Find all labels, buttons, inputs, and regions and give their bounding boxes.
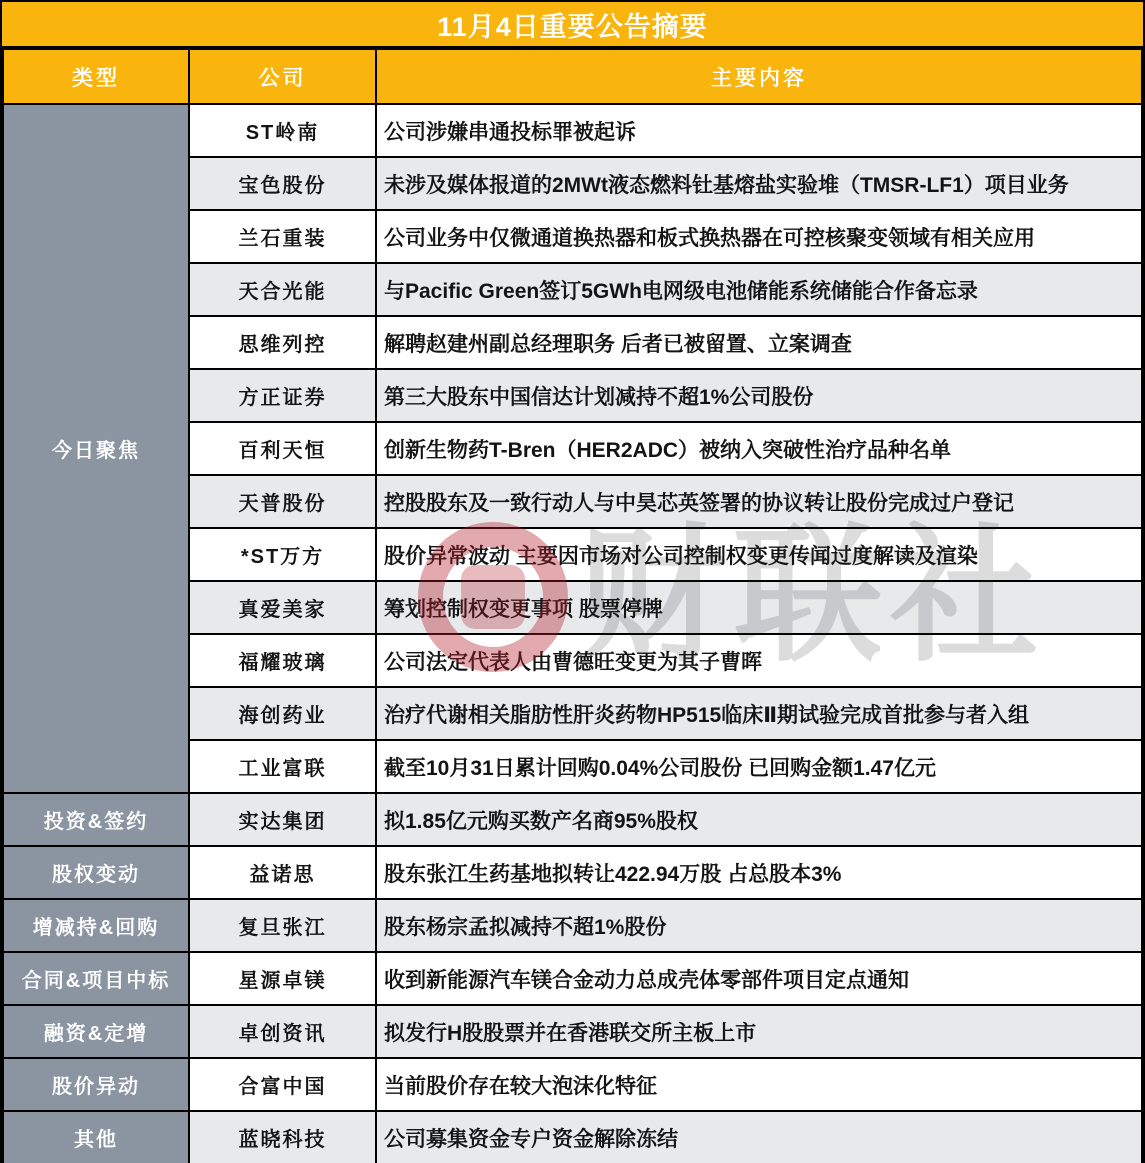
content-cell: 收到新能源汽车镁合金动力总成壳体零部件项目定点通知 [376, 952, 1142, 1005]
category-cell: 股价异动 [3, 1058, 189, 1111]
company-cell: 宝色股份 [189, 157, 376, 210]
company-cell: ST岭南 [189, 104, 376, 157]
table-row: 今日聚焦ST岭南公司涉嫌串通投标罪被起诉 [3, 104, 1142, 157]
category-cell: 其他 [3, 1111, 189, 1163]
company-cell: 福耀玻璃 [189, 634, 376, 687]
col-header-type: 类型 [3, 49, 189, 104]
company-cell: *ST万方 [189, 528, 376, 581]
content-cell: 公司涉嫌串通投标罪被起诉 [376, 104, 1142, 157]
content-cell: 解聘赵建州副总经理职务 后者已被留置、立案调查 [376, 316, 1142, 369]
company-cell: 思维列控 [189, 316, 376, 369]
table-row: 投资&签约实达集团拟1.85亿元购买数产名商95%股权 [3, 793, 1142, 846]
announcement-summary-table: 11月4日重要公告摘要 类型 公司 主要内容 今日聚焦ST岭南公司涉嫌串通投标罪… [0, 0, 1145, 1163]
table-row: 增减持&回购复旦张江股东杨宗孟拟减持不超1%股份 [3, 899, 1142, 952]
category-cell: 融资&定增 [3, 1005, 189, 1058]
table-body: 今日聚焦ST岭南公司涉嫌串通投标罪被起诉宝色股份未涉及媒体报道的2MWt液态燃料… [3, 104, 1142, 1163]
company-cell: 天合光能 [189, 263, 376, 316]
company-cell: 天普股份 [189, 475, 376, 528]
announcements-table: 类型 公司 主要内容 今日聚焦ST岭南公司涉嫌串通投标罪被起诉宝色股份未涉及媒体… [2, 48, 1143, 1163]
table-row: 融资&定增卓创资讯拟发行H股股票并在香港联交所主板上市 [3, 1005, 1142, 1058]
company-cell: 益诺思 [189, 846, 376, 899]
company-cell: 合富中国 [189, 1058, 376, 1111]
table-row: 合同&项目中标星源卓镁收到新能源汽车镁合金动力总成壳体零部件项目定点通知 [3, 952, 1142, 1005]
company-cell: 百利天恒 [189, 422, 376, 475]
category-cell: 投资&签约 [3, 793, 189, 846]
category-cell: 增减持&回购 [3, 899, 189, 952]
company-cell: 实达集团 [189, 793, 376, 846]
page-title: 11月4日重要公告摘要 [2, 2, 1143, 48]
company-cell: 海创药业 [189, 687, 376, 740]
company-cell: 兰石重装 [189, 210, 376, 263]
table-row: 股价异动合富中国当前股价存在较大泡沫化特征 [3, 1058, 1142, 1111]
content-cell: 公司募集资金专户资金解除冻结 [376, 1111, 1142, 1163]
content-cell: 控股股东及一致行动人与中昊芯英签署的协议转让股份完成过户登记 [376, 475, 1142, 528]
company-cell: 工业富联 [189, 740, 376, 793]
content-cell: 筹划控制权变更事项 股票停牌 [376, 581, 1142, 634]
company-cell: 复旦张江 [189, 899, 376, 952]
content-cell: 股价异常波动 主要因市场对公司控制权变更传闻过度解读及渲染 [376, 528, 1142, 581]
company-cell: 卓创资讯 [189, 1005, 376, 1058]
content-cell: 未涉及媒体报道的2MWt液态燃料钍基熔盐实验堆（TMSR-LF1）项目业务 [376, 157, 1142, 210]
content-cell: 治疗代谢相关脂肪性肝炎药物HP515临床Ⅱ期试验完成首批参与者入组 [376, 687, 1142, 740]
company-cell: 真爱美家 [189, 581, 376, 634]
category-cell: 合同&项目中标 [3, 952, 189, 1005]
content-cell: 股东杨宗孟拟减持不超1%股份 [376, 899, 1142, 952]
content-cell: 当前股价存在较大泡沫化特征 [376, 1058, 1142, 1111]
company-cell: 蓝晓科技 [189, 1111, 376, 1163]
col-header-company: 公司 [189, 49, 376, 104]
category-cell: 股权变动 [3, 846, 189, 899]
content-cell: 公司法定代表人由曹德旺变更为其子曹晖 [376, 634, 1142, 687]
content-cell: 拟发行H股股票并在香港联交所主板上市 [376, 1005, 1142, 1058]
content-cell: 截至10月31日累计回购0.04%公司股份 已回购金额1.47亿元 [376, 740, 1142, 793]
content-cell: 拟1.85亿元购买数产名商95%股权 [376, 793, 1142, 846]
table-row: 股权变动益诺思股东张江生药基地拟转让422.94万股 占总股本3% [3, 846, 1142, 899]
content-cell: 与Pacific Green签订5GWh电网级电池储能系统储能合作备忘录 [376, 263, 1142, 316]
header-row: 类型 公司 主要内容 [3, 49, 1142, 104]
category-cell: 今日聚焦 [3, 104, 189, 793]
content-cell: 创新生物药T-Bren（HER2ADC）被纳入突破性治疗品种名单 [376, 422, 1142, 475]
company-cell: 方正证券 [189, 369, 376, 422]
content-cell: 第三大股东中国信达计划减持不超1%公司股份 [376, 369, 1142, 422]
content-cell: 股东张江生药基地拟转让422.94万股 占总股本3% [376, 846, 1142, 899]
col-header-content: 主要内容 [376, 49, 1142, 104]
content-cell: 公司业务中仅微通道换热器和板式换热器在可控核聚变领域有相关应用 [376, 210, 1142, 263]
company-cell: 星源卓镁 [189, 952, 376, 1005]
table-row: 其他蓝晓科技公司募集资金专户资金解除冻结 [3, 1111, 1142, 1163]
